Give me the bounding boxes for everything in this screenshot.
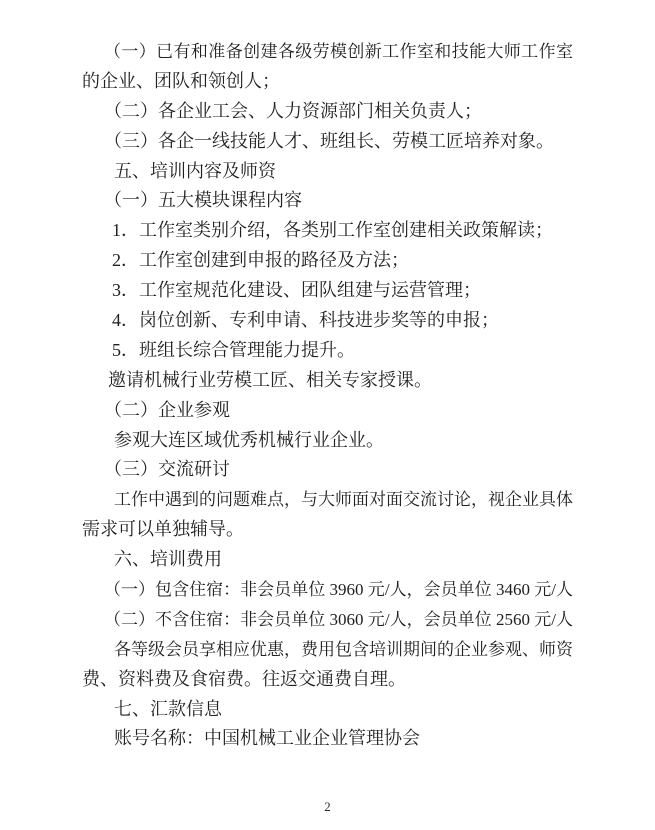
text-line: 五、培训内容及师资 [82, 157, 573, 187]
text-line: （一）包含住宿：非会员单位 3960 元/人，会员单位 3460 元/人 [82, 575, 573, 605]
text-line: （三）各企一线技能人才、班组长、劳模工匠培养对象。 [82, 127, 573, 157]
text-line: 七、汇款信息 [82, 695, 573, 725]
document-page: （一）已有和准备创建各级劳模创新工作室和技能大师工作室的企业、团队和领创人；（二… [0, 0, 655, 830]
text-line: 邀请机械行业劳模工匠、相关专家授课。 [82, 366, 573, 396]
text-line: 费、资料费及食宿费。往返交通费自理。 [82, 665, 573, 695]
text-line: （二）不含住宿：非会员单位 3060 元/人，会员单位 2560 元/人 [82, 605, 573, 635]
text-line: 3．工作室规范化建设、团队组建与运营管理； [82, 276, 573, 306]
text-line: 4．岗位创新、专利申请、科技进步奖等的申报； [82, 306, 573, 336]
page-number: 2 [0, 799, 655, 815]
text-line: （二）企业参观 [82, 396, 573, 426]
text-line: （一）已有和准备创建各级劳模创新工作室和技能大师工作室 [82, 37, 573, 67]
document-body: （一）已有和准备创建各级劳模创新工作室和技能大师工作室的企业、团队和领创人；（二… [82, 37, 573, 754]
text-line: （二）各企业工会、人力资源部门相关负责人； [82, 97, 573, 127]
text-line: 账号名称：中国机械工业企业管理协会 [82, 724, 573, 754]
text-line: 2．工作室创建到申报的路径及方法； [82, 246, 573, 276]
text-line: 参观大连区域优秀机械行业企业。 [82, 426, 573, 456]
text-line: 5．班组长综合管理能力提升。 [82, 336, 573, 366]
text-line: 需求可以单独辅导。 [82, 515, 573, 545]
text-line: 1．工作室类别介绍，各类别工作室创建相关政策解读； [82, 216, 573, 246]
text-line: 工作中遇到的问题难点，与大师面对面交流讨论，视企业具体 [82, 485, 573, 515]
text-line: 的企业、团队和领创人； [82, 67, 573, 97]
text-line: （一）五大模块课程内容 [82, 186, 573, 216]
text-line: （三）交流研讨 [82, 455, 573, 485]
text-line: 各等级会员享相应优惠，费用包含培训期间的企业参观、师资 [82, 635, 573, 665]
text-line: 六、培训费用 [82, 545, 573, 575]
